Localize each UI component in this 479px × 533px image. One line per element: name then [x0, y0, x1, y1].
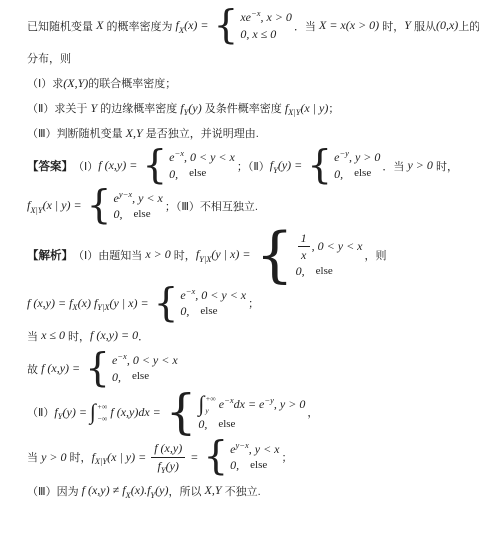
integral-sign-icon: ∫ [198, 393, 204, 415]
text-run: 及条件概率密度 [202, 100, 285, 116]
subscript: Y [273, 165, 278, 175]
subscript: X [179, 25, 184, 35]
text-run: 是否独立，并说明理由. [143, 125, 259, 141]
text-run: 时， [65, 328, 90, 344]
math-run: xe [240, 10, 251, 24]
cases-brace-icon: { [307, 150, 332, 181]
superscript: −y [339, 148, 349, 158]
cases-rows: 1x, 0 < y < x0,else [296, 231, 363, 279]
cases-brace-icon: { [154, 288, 179, 319]
cases-row: e−x, 0 < y < x [169, 150, 235, 164]
answer-line-1: 【答案】（Ⅰ）f (x,y) = {e−x, 0 < y < x0,else；（… [27, 150, 475, 181]
piecewise-cases: {e−x, 0 < y < x0,else [154, 288, 247, 319]
fraction-denominator: x [301, 247, 306, 262]
math-run: , y > 0 [274, 397, 305, 411]
integral: ∫+∞−∞ [90, 401, 107, 423]
cases-brace-icon: { [142, 150, 167, 181]
piecewise-cases: {ey−x, y < x0,else [203, 441, 279, 472]
math-run: , 0 < y < x [195, 288, 246, 302]
solution-line-4: 故 f (x,y) = {e−x, 0 < y < x0,else [27, 353, 475, 384]
cases-row: 0,else [180, 304, 246, 318]
solution-line-3: 当 x ≤ 0 时，f (x,y) = 0． [27, 328, 475, 344]
math-run: x [301, 248, 306, 262]
math-run: (0,x) [436, 18, 458, 33]
math-run: (y) [155, 483, 168, 498]
cases-brace-icon: { [214, 10, 239, 41]
text-run: 故 [27, 361, 41, 377]
math-run: y > 0 [407, 158, 432, 173]
text-run: 服从 [411, 18, 436, 34]
cases-brace-icon: { [166, 393, 197, 431]
text-run: （Ⅲ）判断随机变量 [27, 125, 126, 141]
document-page: 已知随机变量 X 的概率密度为 fX(x) = {xe−x, x > 00, x… [0, 0, 479, 516]
integral-lower-limit: y [205, 406, 215, 415]
superscript: −x [117, 351, 127, 361]
text-run: （Ⅲ）因为 [27, 483, 82, 499]
superscript: −x [251, 8, 261, 18]
superscript: −x [186, 286, 196, 296]
cases-row: 0,else [296, 264, 363, 278]
math-roman-run: else [200, 305, 217, 318]
cases-brace-icon: { [255, 231, 293, 279]
math-run: X = x(x > 0) [319, 18, 379, 33]
math-run: 0, [180, 304, 189, 318]
math-run: (y) [188, 101, 201, 116]
math-run: (y | x) = [110, 296, 152, 311]
subscript: Y [184, 107, 189, 117]
math-roman-run: else [250, 459, 267, 472]
superscript: −y [264, 395, 274, 405]
math-run: , y < x [249, 442, 280, 456]
math-run: (y) = [278, 158, 305, 173]
math-run: 0, [169, 167, 178, 181]
math-run: = [187, 450, 201, 465]
math-run: 0, [296, 264, 305, 278]
math-run: 0, [112, 370, 121, 384]
math-run: (X,Y) [63, 76, 88, 91]
subscript: Y|X [97, 302, 109, 312]
math-run: 0, [113, 207, 122, 221]
cases-row: 1x, 0 < y < x [296, 231, 363, 263]
math-run: X,Y [126, 126, 143, 141]
cases-row: xe−x, x > 0 [240, 10, 292, 24]
math-run: x > 0 [145, 247, 170, 262]
math-run: (x) = [184, 18, 211, 33]
piecewise-cases: {ey−x, y < x0,else [87, 190, 163, 221]
math-run: X,Y [205, 483, 222, 498]
problem-statement-line-1: 已知随机变量 X 的概率密度为 fX(x) = {xe−x, x > 00, x… [27, 10, 475, 41]
text-run: （Ⅰ） [73, 158, 98, 174]
subscript: X [72, 302, 77, 312]
cases-row: ∫+∞y e−xdx = e−y, y > 0 [198, 393, 305, 415]
subscript: X [126, 490, 131, 500]
text-run: 上的均匀 [458, 18, 479, 34]
text-run: 时， [379, 18, 404, 34]
math-run: f (x,y) [154, 441, 182, 456]
math-run: (y) = [63, 405, 90, 420]
text-run: （Ⅰ）由题知当 [73, 247, 145, 263]
cases-row: 0,else [198, 417, 305, 431]
text-run: 当 [27, 449, 41, 465]
cases-row: ey−x, y < x [230, 442, 279, 456]
math-run: (x) f [78, 296, 98, 311]
cases-row: 0,else [230, 458, 279, 472]
math-run: (x | y) [300, 101, 328, 116]
piecewise-cases: {e−y, y > 00,else [307, 150, 380, 181]
integral-upper-limit: +∞ [97, 402, 107, 411]
question-3: （Ⅲ）判断随机变量 X,Y 是否独立，并说明理由. [27, 125, 475, 141]
superscript: y−x [235, 440, 248, 450]
text-run: ，所以 [168, 483, 204, 499]
cases-row: e−x, 0 < y < x [112, 353, 178, 367]
math-run: (x | y) = [43, 198, 85, 213]
text-run: 时， [171, 247, 196, 263]
subscript: Y [161, 465, 166, 475]
cases-rows: e−x, 0 < y < x0,else [112, 353, 178, 384]
problem-statement-line-2: 分布，则 [27, 50, 475, 66]
math-run: (y | x) = [211, 247, 253, 262]
math-roman-run: else [189, 167, 206, 180]
math-run: dx = e [234, 397, 265, 411]
cases-rows: e−x, 0 < y < x0,else [169, 150, 235, 181]
text-run: （Ⅱ）求关于 [27, 100, 90, 116]
question-1: （Ⅰ）求(X,Y)的联合概率密度； [27, 75, 475, 91]
answer-line-2: fX|Y(x | y) = {ey−x, y < x0,else；（Ⅲ）不相互独… [27, 190, 475, 221]
fraction-denominator: fY(y) [158, 458, 179, 474]
piecewise-cases: {e−x, 0 < y < x0,else [85, 353, 178, 384]
text-run: ，则 [365, 247, 387, 263]
cases-row: 0,else [113, 207, 162, 221]
superscript: y−x [119, 189, 132, 199]
cases-row: 0,else [169, 167, 235, 181]
math-run: , y > 0 [349, 150, 380, 164]
solution-line-7: （Ⅲ）因为 f (x,y) ≠ fX(x).fY(y)，所以 X,Y 不独立. [27, 483, 475, 499]
superscript: −x [174, 148, 184, 158]
fraction-numerator: f (x,y) [151, 441, 185, 458]
math-run: (x). [131, 483, 147, 498]
text-run: 的联合概率密度； [88, 75, 176, 91]
cases-rows: ey−x, y < x0,else [113, 191, 162, 222]
integral-limits: +∞−∞ [97, 402, 107, 423]
text-run: ；（Ⅱ） [237, 158, 270, 174]
math-roman-run: else [132, 370, 149, 383]
text-run: ； [248, 295, 259, 311]
piecewise-cases: {xe−x, x > 00, x ≤ 0 [214, 10, 292, 41]
math-run: Y [90, 101, 97, 116]
cases-row: 0,else [112, 370, 178, 384]
math-run: 0, x ≤ 0 [240, 27, 276, 41]
text-run: （Ⅱ） [27, 404, 54, 420]
text-run: ； [328, 100, 339, 116]
text-run: ； [282, 449, 293, 465]
integral-lower-limit: −∞ [97, 414, 107, 423]
math-run: y > 0 [41, 450, 66, 465]
section-label: 【答案】 [27, 158, 73, 174]
math-run: , y < x [132, 191, 163, 205]
math-roman-run: else [316, 265, 333, 278]
subscript: X|Y [30, 205, 42, 215]
math-roman-run: else [133, 208, 150, 221]
integral-upper-limit: +∞ [205, 394, 215, 403]
math-run: X [96, 18, 103, 33]
piecewise-cases: {∫+∞y e−xdx = e−y, y > 00,else [166, 393, 306, 431]
subscript: Y [58, 411, 63, 421]
cases-rows: ∫+∞y e−xdx = e−y, y > 00,else [198, 393, 305, 431]
integral-limits: +∞y [205, 394, 215, 415]
math-run: (y) [166, 459, 179, 474]
math-run: 0, [334, 167, 343, 181]
math-run: f (x,y) = f [27, 296, 72, 311]
solution-line-5: （Ⅱ）fY(y) = ∫+∞−∞ f (x,y)dx = {∫+∞y e−xdx… [27, 393, 475, 431]
math-run: , 0 < y < x [312, 239, 363, 253]
cases-row: e−y, y > 0 [334, 150, 380, 164]
piecewise-cases: {1x, 0 < y < x0,else [255, 231, 362, 279]
text-run: 分布，则 [27, 50, 71, 66]
integral-sign-icon: ∫ [90, 401, 96, 423]
math-run: 0, [230, 458, 239, 472]
cases-brace-icon: { [85, 353, 110, 384]
cases-rows: e−y, y > 00,else [334, 150, 380, 181]
text-run: 时， [67, 449, 92, 465]
superscript: −x [224, 395, 234, 405]
cases-row: e−x, 0 < y < x [180, 288, 246, 302]
math-run: 1 [301, 231, 307, 245]
math-run: 0, [198, 417, 207, 431]
cases-row: 0, x ≤ 0 [240, 27, 292, 41]
math-run: f (x,y) = 0 [90, 328, 138, 343]
math-run: e [216, 397, 224, 411]
subscript: X|Y [95, 456, 107, 466]
text-run: 当 [27, 328, 41, 344]
subscript: X|Y [288, 107, 300, 117]
math-run: f (x,y) = [41, 361, 83, 376]
text-run: 时， [433, 158, 458, 174]
solution-line-6: 当 y > 0 时，fX|Y(x | y) = f (x,y)fY(y) = {… [27, 441, 475, 474]
subscript: Y [150, 490, 155, 500]
subscript: Y|X [199, 254, 211, 264]
math-run: f (x,y) ≠ f [82, 483, 126, 498]
text-run: （Ⅰ）求 [27, 75, 63, 91]
cases-row: ey−x, y < x [113, 191, 162, 205]
section-label: 【解析】 [27, 247, 73, 263]
solution-line-1: 【解析】（Ⅰ）由题知当 x > 0 时，fY|X(y | x) = {1x, 0… [27, 231, 475, 279]
solution-line-2: f (x,y) = fX(x) fY|X(y | x) = {e−x, 0 < … [27, 288, 475, 319]
cases-rows: e−x, 0 < y < x0,else [180, 288, 246, 319]
fraction: f (x,y)fY(y) [151, 441, 185, 474]
question-2: （Ⅱ）求关于 Y 的边缘概率密度 fY(y) 及条件概率密度 fX|Y(x | … [27, 100, 475, 116]
text-run: ， [307, 404, 318, 420]
text-run: 已知随机变量 [27, 18, 96, 34]
text-run: 的边缘概率密度 [97, 100, 180, 116]
text-run: 不独立. [222, 483, 261, 499]
math-run: f (x,y) = [98, 158, 140, 173]
fraction-numerator: 1 [298, 231, 310, 247]
cases-row: 0,else [334, 167, 380, 181]
math-run: (x | y) = [107, 450, 149, 465]
math-roman-run: else [354, 167, 371, 180]
math-run: , 0 < y < x [127, 353, 178, 367]
text-run: ．当 [382, 158, 407, 174]
text-run: ；（Ⅲ）不相互独立. [165, 198, 258, 214]
math-run: x ≤ 0 [41, 328, 65, 343]
fraction: 1x [298, 231, 310, 263]
math-run: , x > 0 [261, 10, 292, 24]
text-run: ．当 [294, 18, 319, 34]
math-run: f (x,y)dx = [107, 405, 163, 420]
cases-rows: xe−x, x > 00, x ≤ 0 [240, 10, 292, 41]
cases-rows: ey−x, y < x0,else [230, 442, 279, 473]
cases-brace-icon: { [87, 190, 112, 221]
cases-brace-icon: { [203, 441, 228, 472]
integral: ∫+∞y [198, 393, 215, 415]
math-run: Y [404, 18, 411, 33]
text-run: ． [138, 328, 149, 344]
math-run: , 0 < y < x [184, 150, 235, 164]
math-roman-run: else [218, 418, 235, 431]
text-run: 的概率密度为 [103, 18, 175, 34]
piecewise-cases: {e−x, 0 < y < x0,else [142, 150, 235, 181]
